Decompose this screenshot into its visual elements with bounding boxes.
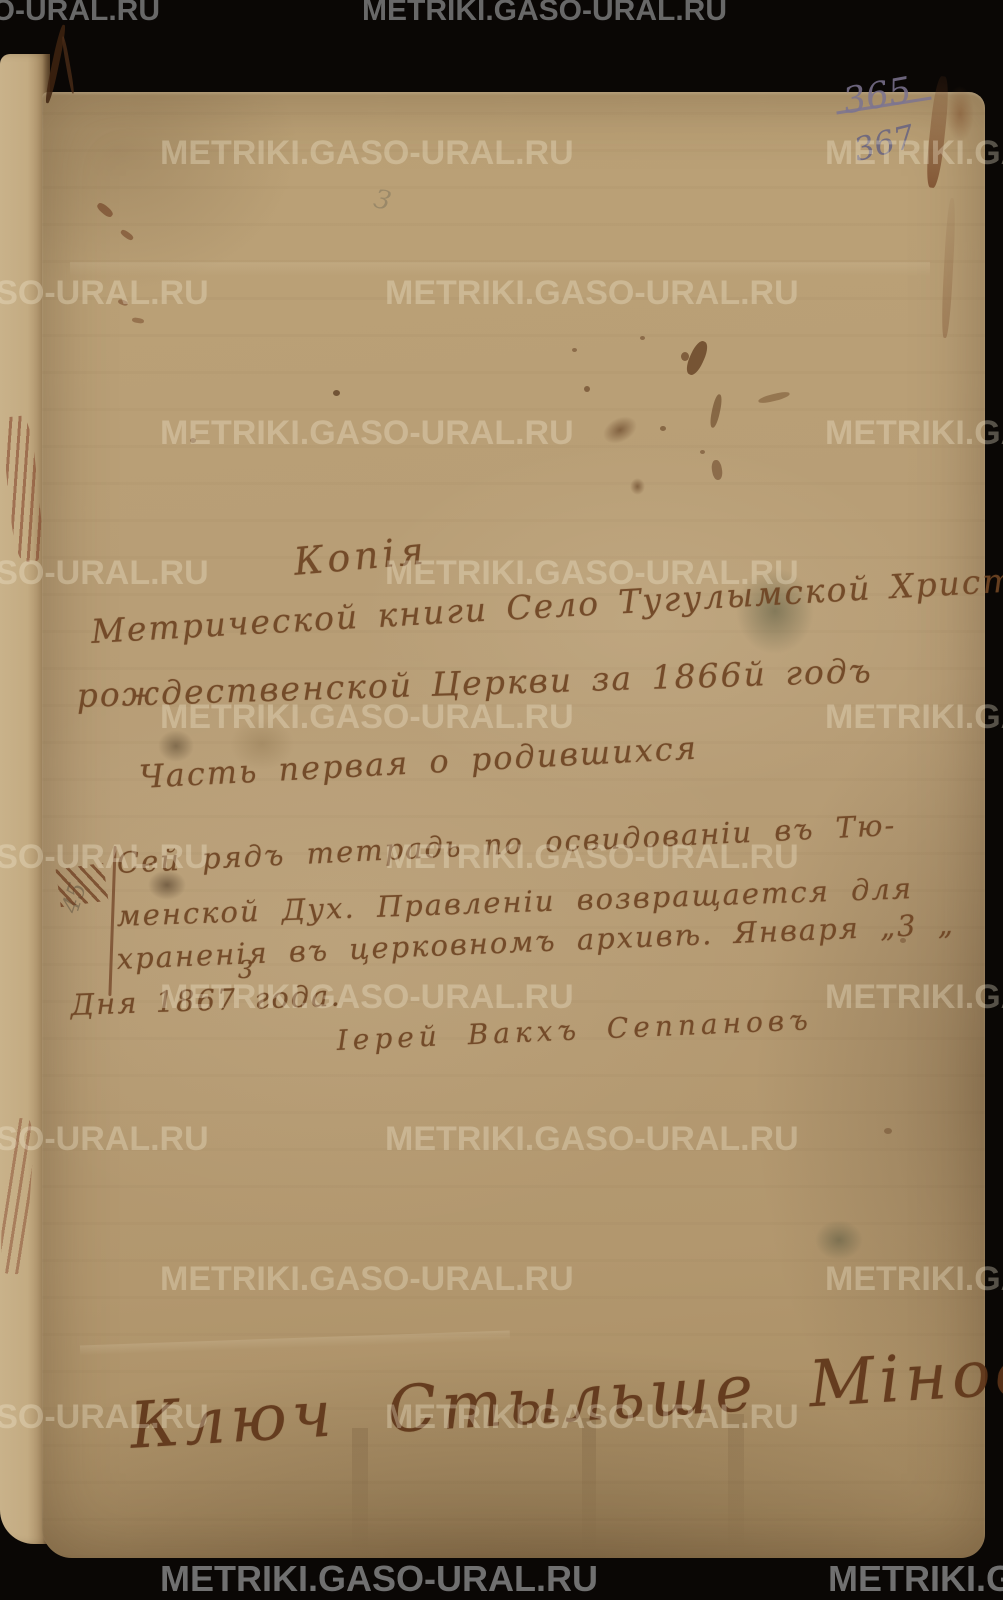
watermark-text: METRIKI.GASO-URAL.RU bbox=[0, 0, 160, 28]
paper-page bbox=[42, 92, 985, 1558]
stain bbox=[61, 36, 75, 94]
watermark-text: METRIKI.GASO-URAL.RU bbox=[362, 0, 727, 28]
margin-hatch-mark bbox=[56, 863, 109, 907]
watermark-text: METRIKI.GASO-URAL.RU bbox=[828, 1558, 1003, 1600]
scanned-document-page: КопіяМетрической книги Село Тугулымской … bbox=[0, 0, 1003, 1600]
watermark-text: METRIKI.GASO-URAL.RU bbox=[160, 1558, 598, 1600]
